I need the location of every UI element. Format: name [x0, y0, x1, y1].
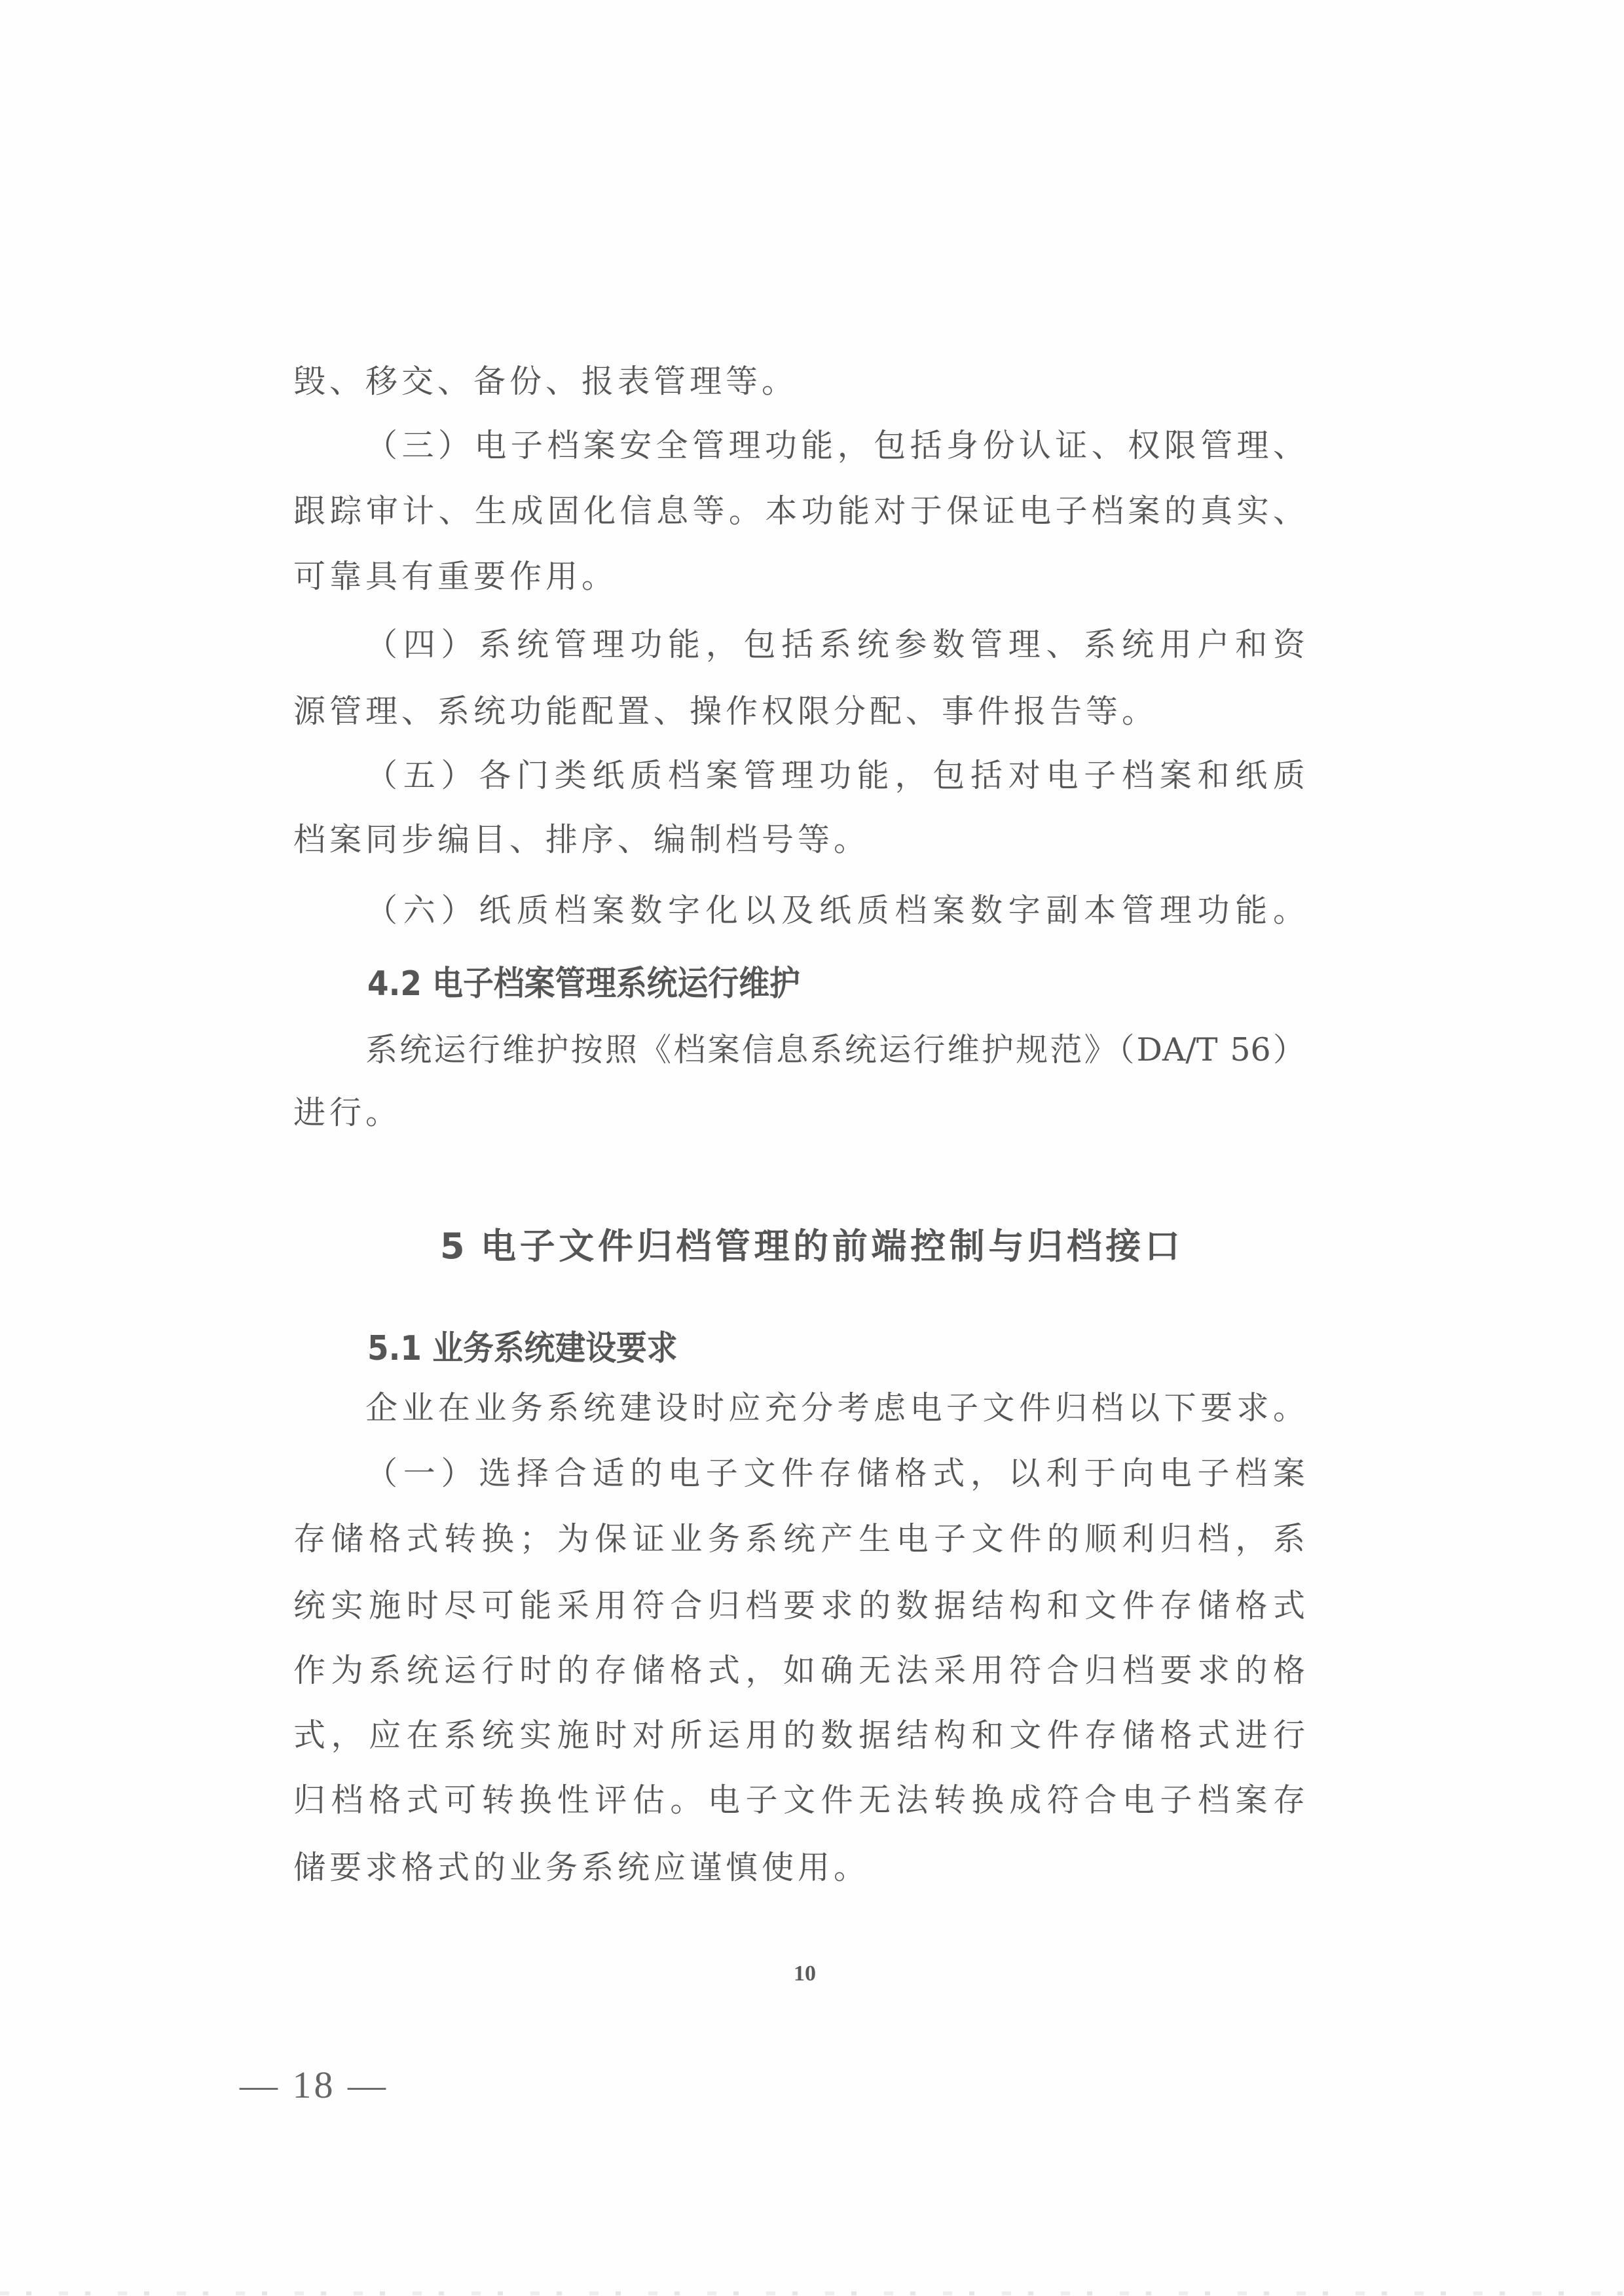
body-line: 档案同步编目、排序、编制档号等。	[293, 820, 870, 860]
body-line: 跟踪审计、生成固化信息等。本功能对于保证电子档案的真实、	[293, 491, 1305, 532]
body-line: 进行。	[293, 1093, 401, 1133]
body-line: 系统运行维护按照《档案信息系统运行维护规范》（DA/T 56）	[365, 1030, 1305, 1070]
body-line: 企业在业务系统建设时应充分考虑电子文件归档以下要求。	[365, 1388, 1305, 1429]
section-heading-5-1: 5.1 业务系统建设要求	[367, 1328, 678, 1369]
outer-page-number: — 18 —	[240, 2066, 388, 2105]
body-line-item-4: （四）系统管理功能，包括系统参数管理、系统用户和资	[365, 625, 1305, 665]
scan-bleed-marks	[0, 2291, 1624, 2295]
document-page: 毁、移交、备份、报表管理等。 （三）电子档案安全管理功能，包括身份认证、权限管理…	[0, 0, 1624, 2296]
body-line-item-3: （三）电子档案安全管理功能，包括身份认证、权限管理、	[365, 426, 1305, 466]
body-line: 毁、移交、备份、报表管理等。	[293, 361, 798, 402]
body-line: 作为系统运行时的存储格式，如确无法采用符合归档要求的格	[293, 1650, 1305, 1691]
body-line: 统实施时尽可能采用符合归档要求的数据结构和文件存储格式	[293, 1586, 1305, 1626]
body-line: 归档格式可转换性评估。电子文件无法转换成符合电子档案存	[293, 1780, 1305, 1821]
chapter-heading-5: 5 电子文件归档管理的前端控制与归档接口	[440, 1226, 1180, 1267]
section-heading-4-2: 4.2 电子档案管理系统运行维护	[367, 964, 800, 1004]
inner-page-number: 10	[794, 1963, 816, 1985]
body-line: 可靠具有重要作用。	[293, 556, 618, 597]
body-line: 源管理、系统功能配置、操作权限分配、事件报告等。	[293, 691, 1158, 732]
body-line-item-5: （五）各门类纸质档案管理功能，包括对电子档案和纸质	[365, 756, 1305, 796]
body-line: 存储格式转换；为保证业务系统产生电子文件的顺利归档，系	[293, 1519, 1305, 1559]
body-line: 储要求格式的业务系统应谨慎使用。	[293, 1848, 870, 1888]
body-line-item-1: （一）选择合适的电子文件存储格式，以利于向电子档案	[365, 1453, 1305, 1494]
body-line-item-6: （六）纸质档案数字化以及纸质档案数字副本管理功能。	[365, 890, 1305, 931]
body-line: 式，应在系统实施时对所运用的数据结构和文件存储格式进行	[293, 1715, 1305, 1756]
